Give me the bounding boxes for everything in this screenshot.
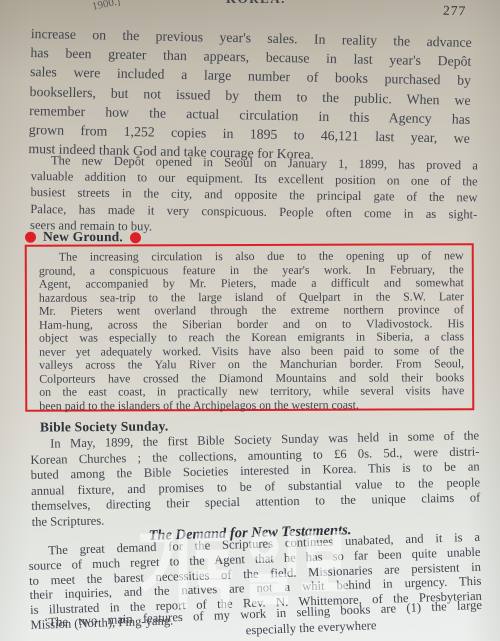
red-highlight-box: The increasing circulation is also due t… <box>25 243 475 412</box>
paragraph-bible-society-sunday: In May, 1899, the first Bible Society Su… <box>30 428 481 530</box>
new-ground-heading-label: New Ground. <box>43 229 123 245</box>
page-number: 277 <box>443 3 467 20</box>
text-line: on the east coast, in practically new te… <box>39 384 464 399</box>
red-dot-annotation-right <box>130 232 141 243</box>
section-heading-new-ground: New Ground. <box>25 229 141 246</box>
running-title: KOREA. <box>226 0 286 7</box>
section-heading-bible-society-sunday: Bible Society Sunday. <box>40 418 168 435</box>
paragraph-circulation-increase: increase on the previous year's sales. I… <box>28 24 472 167</box>
paragraph-new-ground: The increasing circulation is also due t… <box>27 245 473 413</box>
red-dot-annotation-left <box>25 231 36 242</box>
scanned-book-page: 1900.] KOREA. 277 increase on the previo… <box>0 0 500 641</box>
paragraph-new-depot: The new Depôt opened in Seoul on January… <box>30 152 478 238</box>
text-line: been paid to the islanders of the Archip… <box>39 398 464 413</box>
header-date-label: 1900.] <box>91 0 121 13</box>
